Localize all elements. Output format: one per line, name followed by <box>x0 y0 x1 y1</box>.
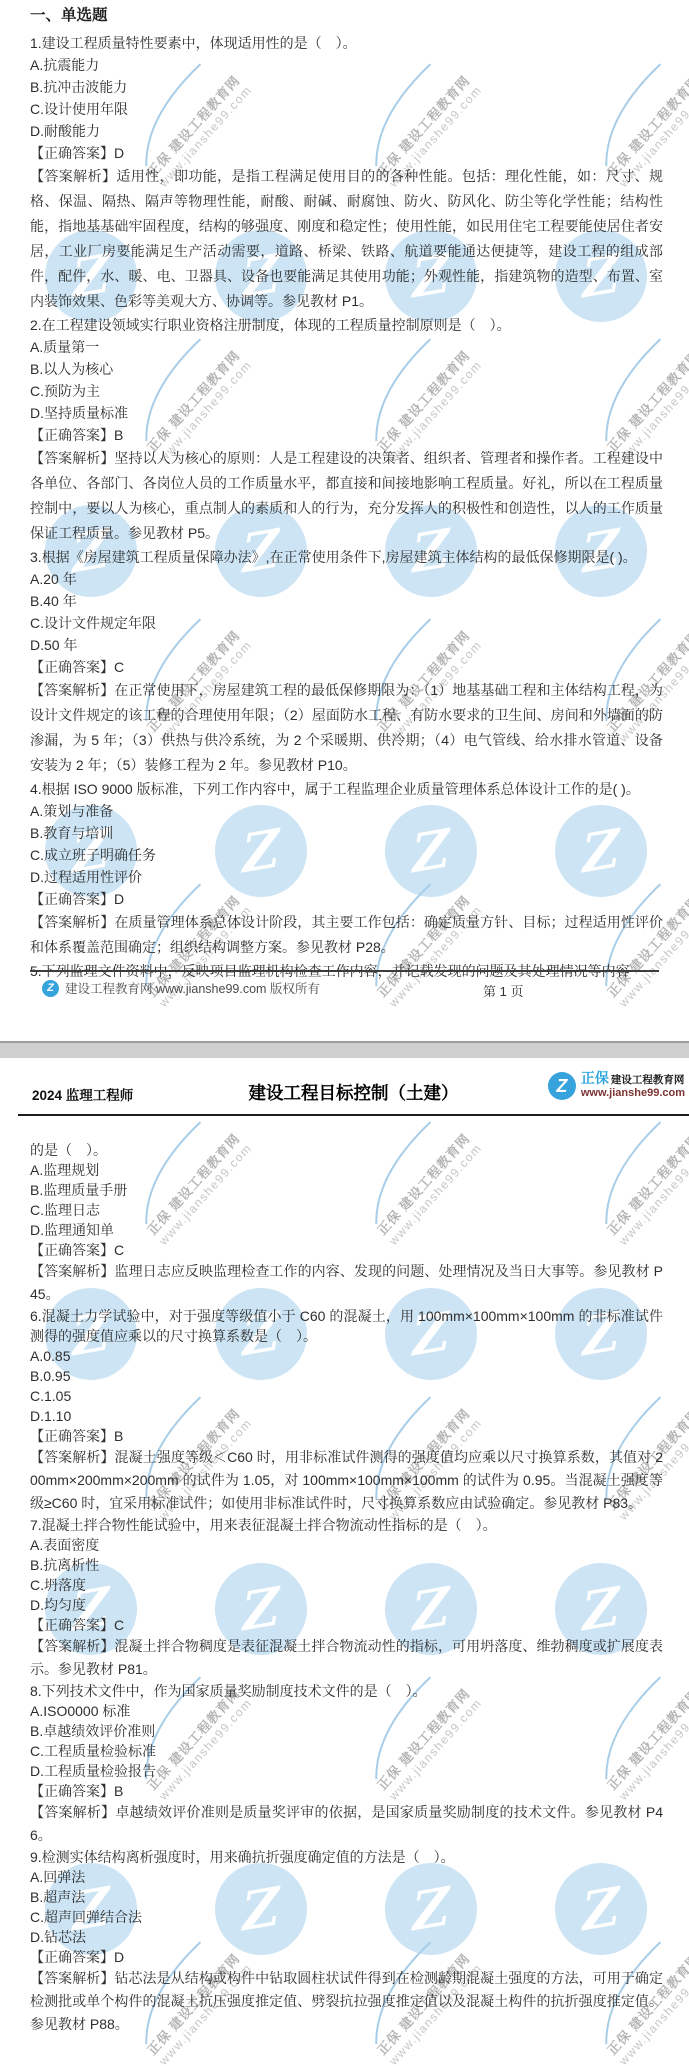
answer-explanation: 【答案解析】在质量管理体系总体设计阶段，其主要工作包括：确定质量方针、目标；过程… <box>30 910 663 960</box>
correct-answer: 【正确答案】D <box>30 888 663 910</box>
option-text: B.监理质量手册 <box>30 1180 663 1200</box>
answer-explanation: 【答案解析】坚持以人为核心的原则：人是工程建设的决策者、组织者、管理者和操作者。… <box>30 446 663 546</box>
question-text: 9.检测实体结构离析强度时，用来确抗折强度确定值的方法是（ ）。 <box>30 1847 663 1867</box>
option-text: A.质量第一 <box>30 336 663 358</box>
brand-name-suffix: 建设工程教育网 <box>611 1074 685 1087</box>
page-2: ZZZZZZZZZZZZ正保 建设工程教育网www.jianshe99.com正… <box>0 1058 689 2066</box>
answer-explanation: 【答案解析】混凝土强度等级＜C60 时，用非标准试件测得的强度值均应乘以尺寸换算… <box>30 1446 663 1515</box>
question-blocks: 的是（ ）。A.监理规划B.监理质量手册C.监理日志D.监理通知单【正确答案】C… <box>30 1140 663 2036</box>
option-text: B.教育与培训 <box>30 822 663 844</box>
brand-url: www.jianshe99.com <box>581 1087 685 1100</box>
option-text: A.ISO0000 标准 <box>30 1701 663 1721</box>
option-text: B.超声法 <box>30 1887 663 1907</box>
option-text: C.监理日志 <box>30 1200 663 1220</box>
option-text: C.成立班子明确任务 <box>30 844 663 866</box>
page-separator <box>0 1041 689 1058</box>
option-text: A.策划与准备 <box>30 800 663 822</box>
brand-logo-icon: Z <box>42 980 59 997</box>
correct-answer: 【正确答案】C <box>30 1615 663 1635</box>
footer-brand: Z 建设工程教育网 www.jianshe99.com 版权所有 <box>42 979 320 997</box>
option-text: A.抗震能力 <box>30 54 663 76</box>
header-brand: Z 正保 建设工程教育网 www.jianshe99.com <box>548 1072 685 1100</box>
correct-answer: 【正确答案】D <box>30 1947 663 1967</box>
option-text: D.均匀度 <box>30 1595 663 1615</box>
question-text: 3.根据《房屋建筑工程质量保障办法》,在正常使用条件下,房屋建筑主体结构的最低保… <box>30 546 663 568</box>
option-text: B.以人为核心 <box>30 358 663 380</box>
page-1-content: 一、单选题 1.建设工程质量特性要素中，体现适用性的是（ ）。A.抗震能力B.抗… <box>0 0 689 982</box>
option-text: C.超声回弹结合法 <box>30 1907 663 1927</box>
option-text: C.设计文件规定年限 <box>30 612 663 634</box>
answer-explanation: 【答案解析】适用性，即功能，是指工程满足使用目的的各种性能。包括：理化性能，如：… <box>30 164 663 314</box>
correct-answer: 【正确答案】B <box>30 1426 663 1446</box>
option-text: D.坚持质量标准 <box>30 402 663 424</box>
option-text: D.耐酸能力 <box>30 120 663 142</box>
option-text: B.0.95 <box>30 1366 663 1386</box>
option-text: A.0.85 <box>30 1346 663 1366</box>
answer-explanation: 【答案解析】在正常使用下，房屋建筑工程的最低保修期限为：（1）地基基础工程和主体… <box>30 678 663 778</box>
option-text: B.卓越绩效评价准则 <box>30 1721 663 1741</box>
question-blocks: 1.建设工程质量特性要素中，体现适用性的是（ ）。A.抗震能力B.抗冲击波能力C… <box>30 32 663 982</box>
correct-answer: 【正确答案】B <box>30 424 663 446</box>
option-text: B.40 年 <box>30 590 663 612</box>
question-text: 1.建设工程质量特性要素中，体现适用性的是（ ）。 <box>30 32 663 54</box>
correct-answer: 【正确答案】C <box>30 656 663 678</box>
brand-text: 正保 建设工程教育网 www.jianshe99.com <box>581 1072 685 1100</box>
question-continuation: 的是（ ）。 <box>30 1140 663 1160</box>
option-text: B.抗离析性 <box>30 1555 663 1575</box>
question-text: 8.下列技术文件中，作为国家质量奖励制度技术文件的是（ ）。 <box>30 1681 663 1701</box>
answer-explanation: 【答案解析】卓越绩效评价准则是质量奖评审的依据，是国家质量奖励制度的技术文件。参… <box>30 1801 663 1847</box>
option-text: C.1.05 <box>30 1386 663 1406</box>
answer-explanation: 【答案解析】混凝土拌合物稠度是表征混凝土拌合物流动性的指标，可用坍落度、维勃稠度… <box>30 1635 663 1681</box>
page-number: 第 1 页 <box>483 981 523 1000</box>
correct-answer: 【正确答案】C <box>30 1240 663 1260</box>
correct-answer: 【正确答案】D <box>30 142 663 164</box>
option-text: A.20 年 <box>30 568 663 590</box>
question-text: 7.混凝土拌合物性能试验中，用来表征混凝土拌合物流动性指标的是（ ）。 <box>30 1515 663 1535</box>
option-text: B.抗冲击波能力 <box>30 76 663 98</box>
option-text: D.50 年 <box>30 634 663 656</box>
option-text: A.回弹法 <box>30 1867 663 1887</box>
brand-name: 正保 <box>581 1072 609 1085</box>
option-text: C.坍落度 <box>30 1575 663 1595</box>
option-text: C.设计使用年限 <box>30 98 663 120</box>
option-text: C.预防为主 <box>30 380 663 402</box>
question-text: 6.混凝土力学试验中，对于强度等级值小于 C60 的混凝土，用 100mm×10… <box>30 1306 663 1346</box>
page-1-footer: Z 建设工程教育网 www.jianshe99.com 版权所有 第 1 页 <box>0 970 689 1003</box>
question-text: 4.根据 ISO 9000 版标准，下列工作内容中，属于工程监理企业质量管理体系… <box>30 778 663 800</box>
option-text: D.工程质量检验报告 <box>30 1761 663 1781</box>
option-text: A.监理规划 <box>30 1160 663 1180</box>
option-text: D.过程适用性评价 <box>30 866 663 888</box>
footer-site-text: 建设工程教育网 www.jianshe99.com 版权所有 <box>65 979 320 997</box>
option-text: C.工程质量检验标准 <box>30 1741 663 1761</box>
page-2-header: 2024 监理工程师 建设工程目标控制（土建） Z 正保 建设工程教育网 www… <box>18 1070 689 1116</box>
question-text: 2.在工程建设领域实行职业资格注册制度，体现的工程质量控制原则是（ ）。 <box>30 314 663 336</box>
page-1: ZZZZZZZZZZZZ正保 建设工程教育网www.jianshe99.com正… <box>0 0 689 1041</box>
document-canvas: ZZZZZZZZZZZZ正保 建设工程教育网www.jianshe99.com正… <box>0 0 689 2066</box>
section-title: 一、单选题 <box>30 4 663 28</box>
footer-row: Z 建设工程教育网 www.jianshe99.com 版权所有 第 1 页 <box>0 977 689 1003</box>
footer-divider <box>30 970 659 972</box>
correct-answer: 【正确答案】B <box>30 1781 663 1801</box>
option-text: D.钻芯法 <box>30 1927 663 1947</box>
brand-logo-icon: Z <box>548 1072 576 1100</box>
option-text: D.1.10 <box>30 1406 663 1426</box>
option-text: D.监理通知单 <box>30 1220 663 1240</box>
answer-explanation: 【答案解析】监理日志应反映监理检查工作的内容、发现的问题、处理情况及当日大事等。… <box>30 1260 663 1306</box>
page-2-content: 的是（ ）。A.监理规划B.监理质量手册C.监理日志D.监理通知单【正确答案】C… <box>0 1116 689 2036</box>
answer-explanation: 【答案解析】钻芯法是从结构或构件中钻取圆柱状试件得到在检测龄期混凝土强度的方法，… <box>30 1967 663 2036</box>
option-text: A.表面密度 <box>30 1535 663 1555</box>
